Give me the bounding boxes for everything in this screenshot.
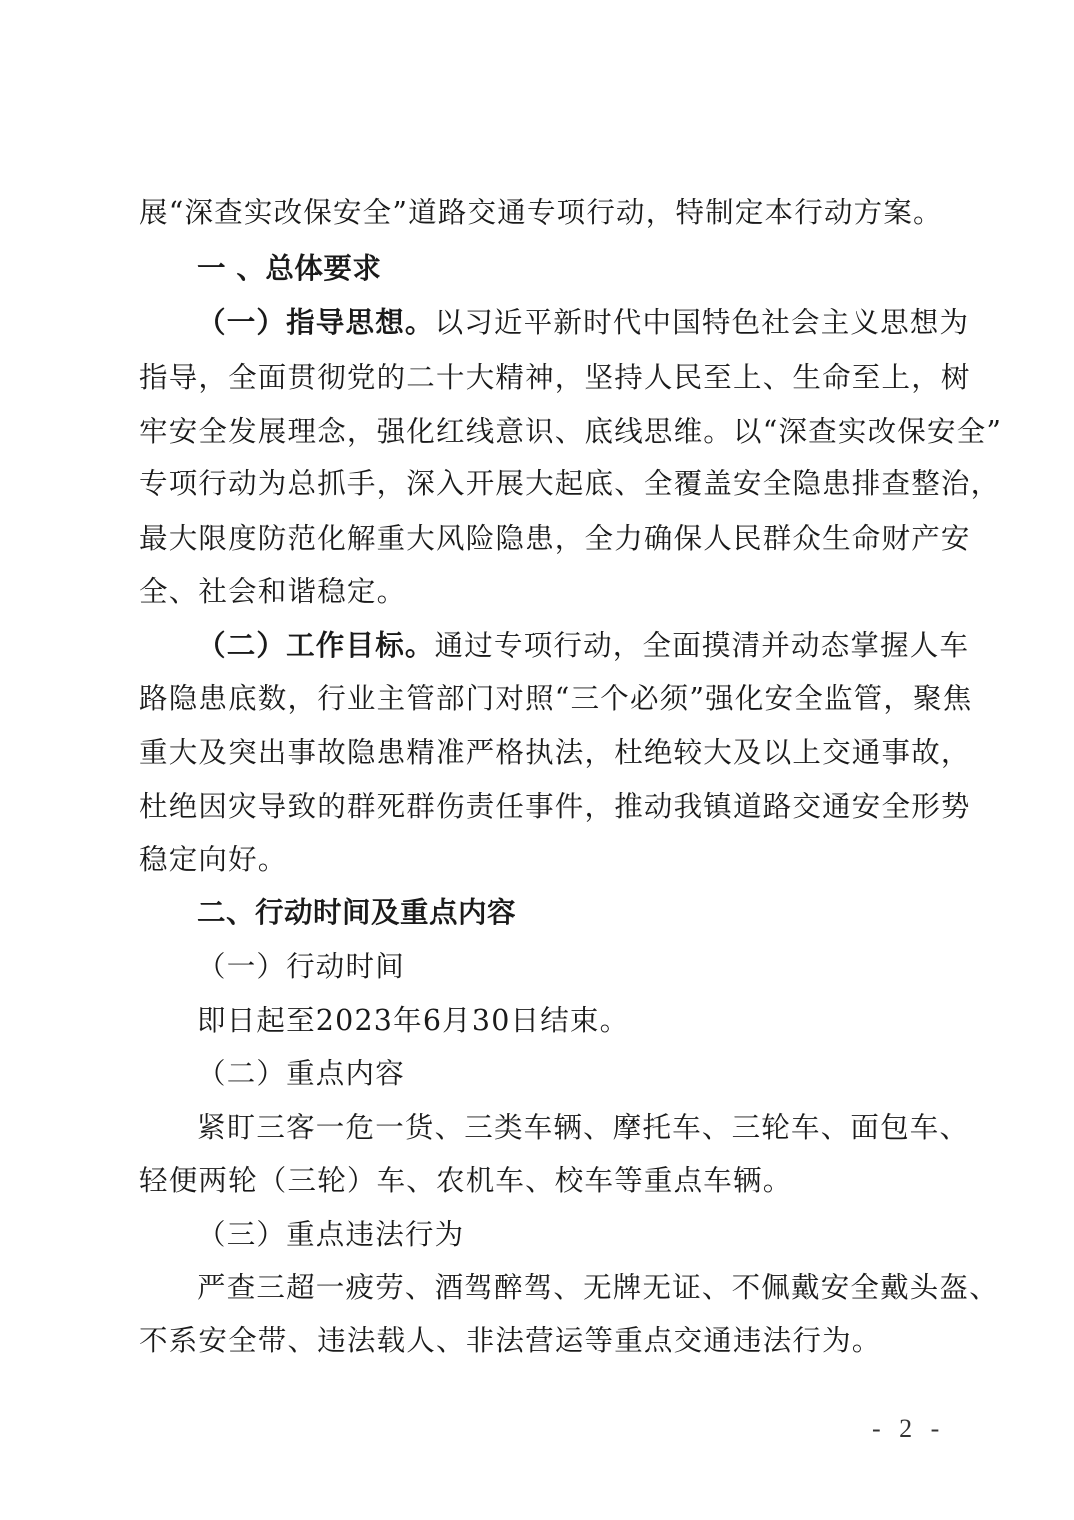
paragraph-text: 以习近平新时代中国特色社会主义思想为 xyxy=(435,306,970,339)
subheading-key-violations: （三）重点违法行为 xyxy=(197,1217,942,1253)
paragraph-line: 轻便两轮（三轮）车、农机车、校车等重点车辆。 xyxy=(139,1163,939,1199)
paragraph-work-goal: （二）工作目标。通过专项行动，全面摸清并动态掌握人车 xyxy=(197,628,942,664)
paragraph-line: 路隐患底数，行业主管部门对照“三个必须”强化安全监管，聚焦 xyxy=(139,681,939,717)
paragraph-line: 不系安全带、违法载人、非法营运等重点交通违法行为。 xyxy=(139,1323,939,1359)
page-number: - 2 - xyxy=(872,1413,945,1445)
paragraph-text: 通过专项行动，全面摸清并动态掌握人车 xyxy=(435,629,970,662)
subheading-lead: （一）指导思想。 xyxy=(197,306,435,339)
subheading-action-time: （一）行动时间 xyxy=(197,949,942,985)
subheading-key-content: （二）重点内容 xyxy=(197,1056,942,1092)
paragraph-line: 即日起至2023年6月30日结束。 xyxy=(197,1003,942,1039)
paragraph-guiding-thought: （一）指导思想。以习近平新时代中国特色社会主义思想为 xyxy=(197,305,942,341)
section-heading-1: 一 、总体要求 xyxy=(197,251,942,287)
document-page: 展“深查实改保安全”道路交通专项行动，特制定本行动方案。 一 、总体要求 （一）… xyxy=(0,0,1074,1520)
section-heading-2: 二、行动时间及重点内容 xyxy=(197,895,942,931)
paragraph-line: 最大限度防范化解重大风险隐患，全力确保人民群众生命财产安 xyxy=(139,521,939,557)
paragraph-line: 杜绝因灾导致的群死群伤责任事件，推动我镇道路交通安全形势 xyxy=(139,789,939,825)
paragraph-line: 指导，全面贯彻党的二十大精神，坚持人民至上、生命至上，树 xyxy=(139,360,939,396)
paragraph-line: 稳定向好。 xyxy=(139,842,939,878)
paragraph-line: 严查三超一疲劳、酒驾醉驾、无牌无证、不佩戴安全戴头盔、 xyxy=(197,1270,942,1306)
paragraph-line: 全、社会和谐稳定。 xyxy=(139,574,939,610)
paragraph-line: 重大及突出事故隐患精准严格执法，杜绝较大及以上交通事故， xyxy=(139,735,939,771)
paragraph-line: 专项行动为总抓手，深入开展大起底、全覆盖安全隐患排查整治， xyxy=(139,466,939,502)
subheading-lead: （二）工作目标。 xyxy=(197,629,435,662)
paragraph-line: 紧盯三客一危一货、三类车辆、摩托车、三轮车、面包车、 xyxy=(197,1110,942,1146)
paragraph-line: 展“深查实改保安全”道路交通专项行动，特制定本行动方案。 xyxy=(139,195,939,231)
paragraph-line: 牢安全发展理念，强化红线意识、底线思维。以“深查实改保安全” xyxy=(139,414,939,450)
